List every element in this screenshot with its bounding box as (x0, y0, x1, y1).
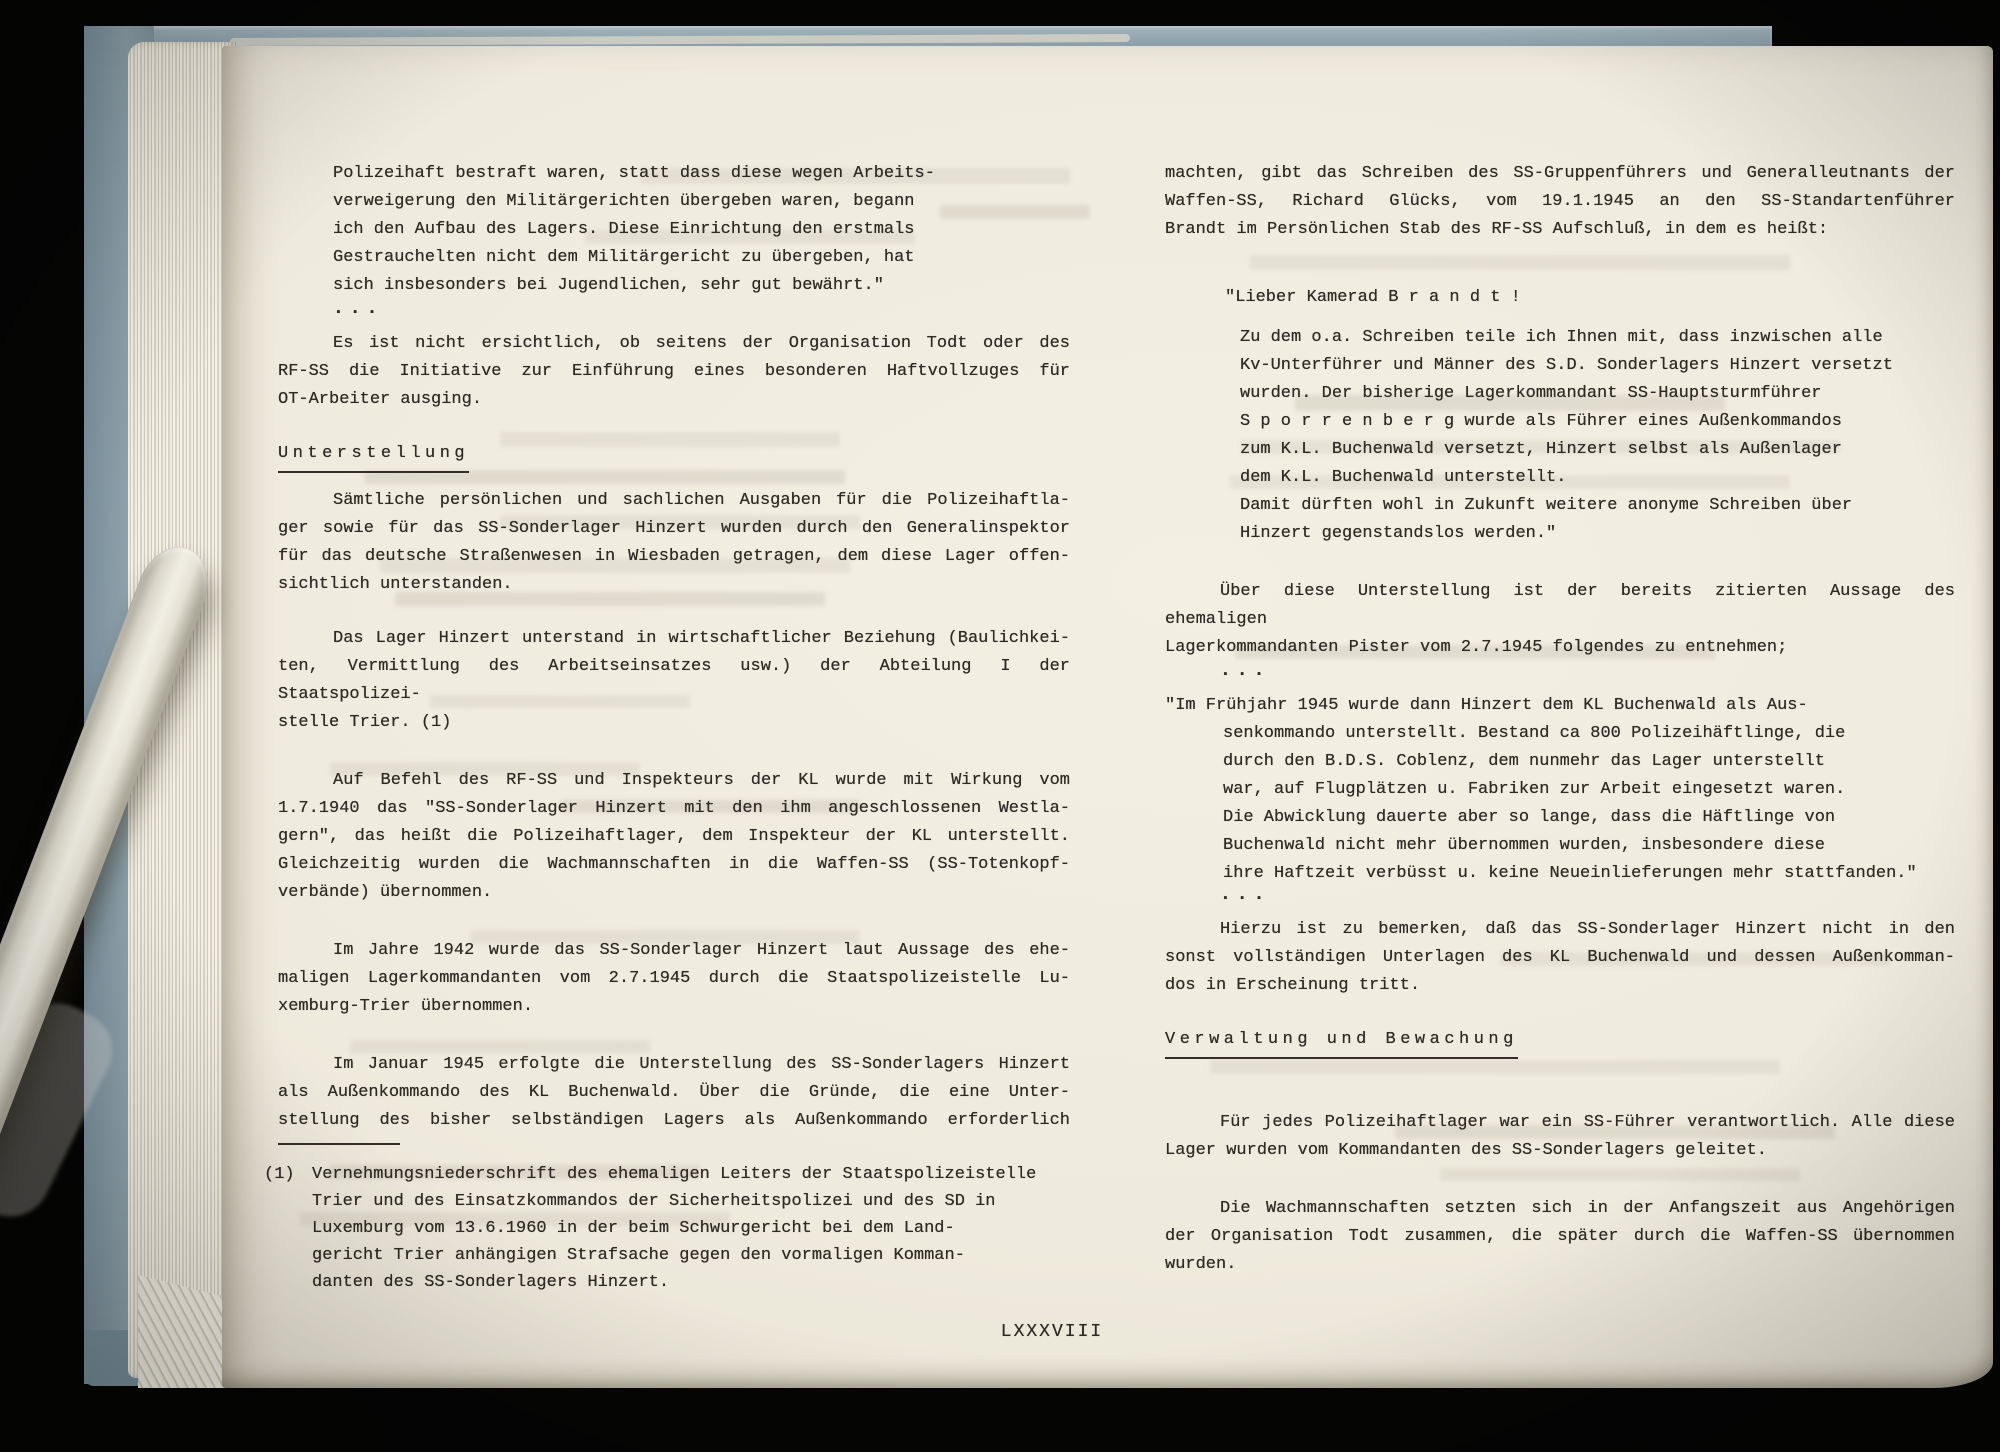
section-heading-unterstellung: Unterstellung (278, 440, 469, 473)
paragraph: Für jedes Polizeihaftlager war ein SS-Fü… (1165, 1109, 1955, 1165)
ellipsis-mark: ... (333, 302, 1070, 324)
paragraph: Auf Befehl des RF-SS und Inspekteurs der… (278, 767, 1070, 907)
page-number: LXXXVIII (952, 1322, 1152, 1342)
paragraph: Das Lager Hinzert unterstand in wirtscha… (278, 625, 1070, 737)
quote-block: "Im Frühjahr 1945 wurde dann Hinzert dem… (1165, 692, 1955, 888)
footnote-marker: (1) (264, 1161, 295, 1188)
ellipsis-mark: ... (1220, 664, 1955, 686)
section-heading-verwaltung: Verwaltung und Bewachung (1165, 1026, 1518, 1059)
book-photo: Polizeihaft bestraft waren, statt dass d… (0, 0, 2000, 1452)
paragraph: Die Wachmannschaften setzten sich in der… (1165, 1195, 1955, 1279)
footnote-text: Vernehmungsniederschrift des ehemaligen … (264, 1161, 1070, 1296)
paragraph: Hierzu ist zu bemerken, daß das SS-Sonde… (1165, 916, 1955, 1000)
paragraph: Sämtliche persönlichen und sachlichen Au… (278, 487, 1070, 599)
paragraph: machten, gibt das Schreiben des SS-Grupp… (1165, 160, 1955, 244)
ellipsis-mark: ... (1220, 888, 1955, 910)
paragraph: Über diese Unterstellung ist der bereits… (1165, 578, 1955, 662)
letter-salutation: "Lieber Kamerad B r a n d t ! (1225, 284, 1955, 312)
paragraph: Im Januar 1945 erfolgte die Unterstellun… (278, 1051, 1070, 1135)
quote-block: Zu dem o.a. Schreiben teile ich Ihnen mi… (1240, 324, 1955, 548)
right-column: machten, gibt das Schreiben des SS-Grupp… (1165, 160, 1955, 1279)
paragraph: Im Jahre 1942 wurde das SS-Sonderlager H… (278, 937, 1070, 1021)
paragraph: Es ist nicht ersichtlich, ob seitens der… (278, 330, 1070, 414)
quote-block: Polizeihaft bestraft waren, statt dass d… (333, 160, 1070, 300)
left-column: Polizeihaft bestraft waren, statt dass d… (278, 160, 1070, 1296)
footnote: (1) Vernehmungsniederschrift des ehemali… (264, 1161, 1070, 1296)
book-page: Polizeihaft bestraft waren, statt dass d… (222, 46, 1993, 1388)
footnote-rule (278, 1143, 400, 1145)
